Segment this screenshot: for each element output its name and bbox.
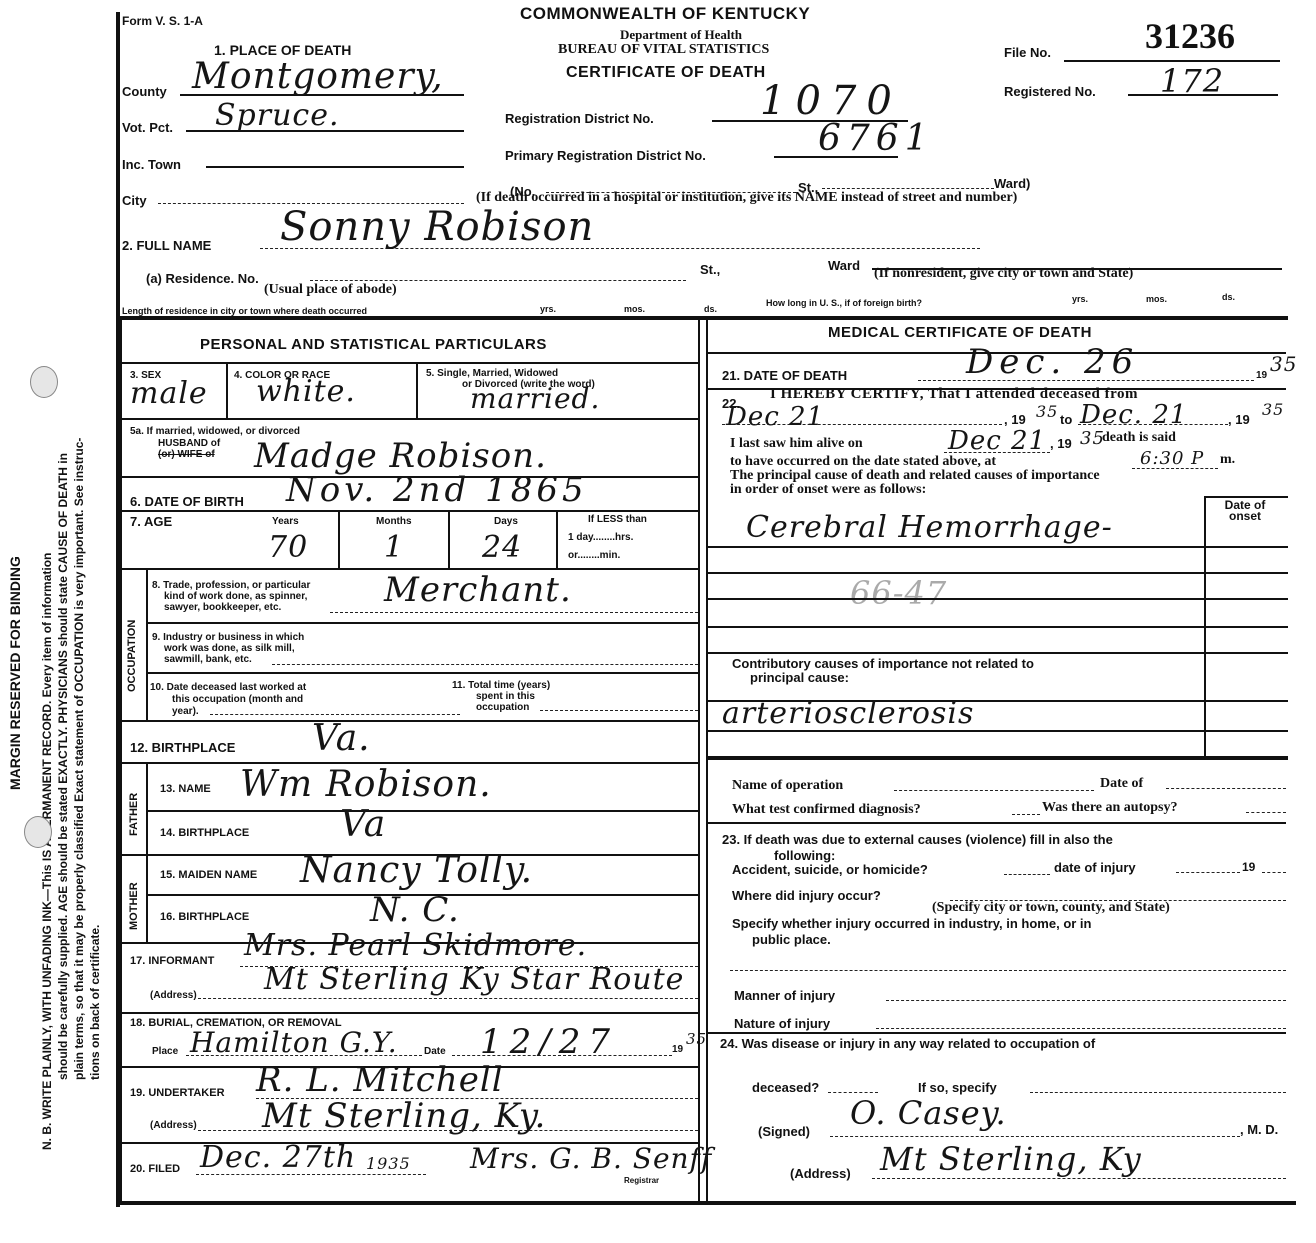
specify-whether-1: Specify whether injury occurred in indus…: [732, 916, 1092, 931]
margin-instructions-line3: plain terms, so that it may be properly …: [72, 438, 87, 1080]
undertaker-address-label: (Address): [150, 1120, 197, 1131]
bureau-label: BUREAU OF VITAL STATISTICS: [558, 42, 769, 58]
marital-label-1: 5. Single, Married, Widowed: [426, 368, 558, 379]
margin-instructions-line1: N. B. WRITE PLAINLY, WITH UNFADING INK—T…: [40, 553, 55, 1150]
binding-hole-bottom: [24, 816, 52, 848]
manner-line: [886, 1000, 1286, 1001]
mother-side-divider: [146, 856, 148, 942]
res-mos-label: mos.: [624, 304, 645, 314]
cause-code-value[interactable]: 66-47: [850, 574, 947, 612]
or-min-label: or........min.: [568, 550, 620, 561]
nature-line: [876, 1028, 1286, 1029]
department-label: Department of Health: [620, 27, 742, 43]
burial-date-value[interactable]: 12/27: [480, 1022, 618, 1062]
father-side-label: FATHER: [128, 793, 140, 836]
contrib-line-3: [706, 756, 1288, 760]
mother-birthplace-label: 16. BIRTHPLACE: [160, 912, 249, 923]
contrib-line-2: [706, 730, 1288, 732]
industry-label-3: sawmill, bank, etc.: [164, 654, 252, 665]
from-date-value[interactable]: Dec 21: [726, 402, 824, 432]
race-value[interactable]: white.: [256, 374, 356, 409]
dob-value[interactable]: Nov. 2nd 1865: [286, 470, 588, 510]
specify-city-note: (Specify city or town, county, and State…: [932, 900, 1170, 916]
us-mos-label: mos.: [1146, 294, 1167, 304]
state-title: COMMONWEALTH OF KENTUCKY: [520, 4, 810, 24]
full-name-value[interactable]: Sonny Robison: [280, 204, 594, 250]
informant-address-label: (Address): [150, 990, 197, 1001]
date-injury-label: date of injury: [1054, 860, 1136, 875]
accident-line: [1004, 874, 1050, 875]
undertaker-label: 19. UNDERTAKER: [130, 1088, 225, 1099]
mother-side-label: MOTHER: [128, 882, 140, 930]
last-worked-label-2: this occupation (month and: [172, 694, 303, 705]
deceased-label: deceased?: [752, 1080, 819, 1095]
burial-place-label: Place: [152, 1046, 178, 1057]
trade-value[interactable]: Merchant.: [384, 570, 572, 610]
col-divider: [698, 318, 700, 1202]
undertaker-value[interactable]: R. L. Mitchell: [256, 1060, 504, 1100]
cell-divider: [448, 510, 450, 568]
cell-divider: [226, 362, 228, 418]
primary-district-value: 6761: [818, 118, 934, 159]
physician-signature[interactable]: O. Casey.: [850, 1094, 1007, 1132]
date-of-label: Date of: [1100, 776, 1143, 792]
to-date-value[interactable]: Dec. 21: [1080, 400, 1187, 430]
row-line: [146, 810, 698, 812]
external-label-2: following:: [774, 848, 835, 863]
contrib-value[interactable]: arteriosclerosis: [722, 696, 974, 731]
marital-value[interactable]: married.: [470, 382, 600, 415]
date-injury-line: [1176, 872, 1240, 873]
res-ds-label: ds.: [704, 304, 717, 314]
spouse-label-2: HUSBAND of: [158, 438, 220, 449]
margin-reserved-label: MARGIN RESERVED FOR BINDING: [8, 556, 23, 790]
trade-label-1: 8. Trade, profession, or particular: [152, 580, 310, 591]
occupation-related-label: 24. Was disease or injury in any way rel…: [720, 1036, 1095, 1051]
if-so-line: [1030, 1092, 1286, 1093]
cell-divider: [556, 510, 558, 568]
informant-address-line: [198, 998, 698, 999]
burial-year-prefix: 19: [672, 1044, 683, 1055]
undertaker-address-value[interactable]: Mt Sterling, Ky.: [262, 1096, 546, 1136]
row-line: [146, 672, 698, 674]
md-label: , M. D.: [1240, 1122, 1278, 1137]
registrar-label: Registrar: [624, 1176, 659, 1185]
residence-label: (a) Residence. No.: [146, 271, 259, 286]
left-col-border: [120, 318, 122, 1202]
cell-divider: [338, 510, 340, 568]
vot-pct-value[interactable]: Spruce.: [215, 98, 340, 133]
total-time-label-2: spent in this: [476, 691, 535, 702]
father-birthplace-label: 14. BIRTHPLACE: [160, 828, 249, 839]
mother-birthplace-value[interactable]: N. C.: [370, 890, 460, 930]
operation-line: [894, 790, 1094, 791]
full-name-label: 2. FULL NAME: [122, 238, 211, 253]
col-divider-2: [706, 318, 708, 1202]
industry-line: [272, 664, 698, 665]
external-label-1: 23. If death was due to external causes …: [722, 832, 1113, 847]
last-saw-label: I last saw him alive on: [730, 436, 863, 452]
st-line: [822, 188, 994, 189]
registrar-signature[interactable]: Mrs. G. B. Senff: [470, 1142, 712, 1175]
registered-no-label: Registered No.: [1004, 84, 1096, 99]
row-line: [120, 510, 698, 512]
specify-line: [730, 970, 1286, 971]
deceased-line: [828, 1092, 878, 1093]
days-value[interactable]: 24: [482, 530, 522, 565]
autopsy-line: [1246, 812, 1286, 813]
to-year-value[interactable]: 35: [1262, 400, 1284, 419]
autopsy-label: Was there an autopsy?: [1042, 800, 1177, 816]
row-line: [120, 1012, 698, 1014]
burial-date-label: Date: [424, 1046, 446, 1057]
specify-whether-2: public place.: [752, 932, 831, 947]
last-worked-label-1: 10. Date deceased last worked at: [150, 682, 306, 693]
certificate-title: CERTIFICATE OF DEATH: [566, 64, 766, 82]
mother-maiden-value[interactable]: Nancy Tolly.: [300, 850, 533, 891]
county-label: County: [122, 84, 167, 99]
physician-address-label: (Address): [790, 1166, 851, 1181]
father-side-divider: [146, 764, 148, 854]
occupation-side-divider: [146, 570, 148, 720]
date-of-death-label: 21. DATE OF DEATH: [722, 368, 847, 383]
birthplace-label: 12. BIRTHPLACE: [130, 740, 235, 755]
filed-date-value[interactable]: Dec. 27th: [200, 1140, 356, 1175]
inc-town-line: [206, 166, 464, 168]
trade-line: [330, 612, 698, 613]
industry-label-2: work was done, as silk mill,: [164, 643, 295, 654]
informant-address-value[interactable]: Mt Sterling Ky Star Route: [264, 962, 684, 997]
usual-place-note: (Usual place of abode): [264, 282, 397, 298]
dob-label: 6. DATE OF BIRTH: [130, 494, 244, 509]
row-line: [146, 622, 698, 624]
spouse-label-3: (or) WIFE of: [158, 449, 215, 460]
burial-year-value[interactable]: 35: [686, 1030, 707, 1048]
principal-label-2: in order of onset were as follows:: [730, 482, 926, 498]
day-hrs-label: 1 day........hrs.: [568, 532, 633, 543]
test-label: What test confirmed diagnosis?: [732, 802, 921, 818]
father-name-label: 13. NAME: [160, 784, 211, 795]
registered-no-value: 172: [1160, 62, 1224, 100]
informant-value[interactable]: Mrs. Pearl Skidmore.: [244, 928, 587, 963]
cause-line-2: [706, 572, 1288, 574]
months-value[interactable]: 1: [384, 530, 404, 565]
dod-year-prefix: 19: [1256, 370, 1267, 381]
nonresident-note: (If nonresident, give city or town and S…: [874, 266, 1133, 282]
mother-maiden-label: 15. MAIDEN NAME: [160, 870, 257, 881]
total-time-label-1: 11. Total time (years): [452, 680, 550, 691]
if-so-label: If so, specify: [918, 1080, 997, 1095]
from-year-value[interactable]: 35: [1036, 402, 1058, 421]
birthplace-value[interactable]: Va.: [312, 718, 371, 759]
medical-heading: MEDICAL CERTIFICATE OF DEATH: [828, 324, 1092, 341]
operation-label: Name of operation: [732, 778, 843, 794]
occupation-side-label: OCCUPATION: [126, 620, 138, 692]
form-number: Form V. S. 1-A: [122, 14, 203, 28]
less-than-label: If LESS than: [588, 514, 647, 525]
residence-st-label: St.,: [700, 262, 720, 277]
filed-label: 20. FILED: [130, 1164, 180, 1175]
margin-instructions-line4: tions on back of certificate.: [88, 925, 103, 1080]
years-label: Years: [272, 516, 299, 527]
residence-ward-label: Ward: [828, 258, 860, 273]
last-worked-line: [210, 714, 460, 715]
ward-label: Ward): [994, 176, 1030, 191]
physician-address-line: [872, 1178, 1286, 1179]
manner-label: Manner of injury: [734, 988, 835, 1003]
total-time-line: [540, 710, 698, 711]
file-no-value: 31236: [1145, 15, 1235, 57]
days-label: Days: [494, 516, 518, 527]
cause-line-4: [706, 626, 1288, 628]
row-line: [120, 418, 698, 420]
burial-place-value[interactable]: Hamilton G.Y.: [190, 1026, 398, 1059]
contrib-label-1: Contributory causes of importance not re…: [732, 656, 1034, 671]
date-of-line: [1166, 788, 1286, 789]
residence-line: [310, 280, 686, 281]
dod-year-value[interactable]: 35: [1270, 352, 1297, 376]
trade-label-3: sawyer, bookkeeper, etc.: [164, 602, 281, 613]
reg-district-label: Registration District No.: [505, 111, 654, 126]
inc-town-label: Inc. Town: [122, 157, 181, 172]
time-suffix: m.: [1220, 452, 1235, 468]
personal-heading: PERSONAL AND STATISTICAL PARTICULARS: [200, 336, 547, 353]
section-divider-top: [118, 316, 1288, 320]
to-year-prefix: , 19: [1228, 412, 1250, 427]
margin-instructions-line2: should be carefully supplied. AGE should…: [56, 453, 71, 1080]
primary-district-label: Primary Registration District No.: [505, 148, 706, 163]
accident-label: Accident, suicide, or homicide?: [732, 862, 928, 877]
us-yrs-label: yrs.: [1072, 294, 1088, 304]
death-said-label: death is said: [1102, 430, 1176, 446]
physician-address-value[interactable]: Mt Sterling, Ky: [880, 1140, 1142, 1178]
where-injury-label: Where did injury occur?: [732, 888, 881, 903]
cause-1-value[interactable]: Cerebral Hemorrhage-: [746, 510, 1113, 545]
test-line: [1012, 814, 1040, 815]
signed-line: [830, 1136, 1240, 1137]
to-label: to: [1060, 412, 1072, 427]
how-long-us-label: How long in U. S., if of foreign birth?: [766, 298, 922, 308]
industry-label-1: 9. Industry or business in which: [152, 632, 304, 643]
cause-line-3: [706, 598, 1288, 600]
county-value[interactable]: Montgomery,: [192, 56, 444, 97]
last-saw-year-prefix: , 19: [1050, 436, 1072, 451]
binding-hole-top: [30, 366, 58, 398]
total-time-label-3: occupation: [476, 702, 529, 713]
row-line: [120, 720, 698, 722]
vot-pct-label: Vot. Pct.: [122, 120, 173, 135]
last-saw-value[interactable]: Dec 21: [948, 426, 1046, 456]
row-line: [120, 362, 698, 364]
cause-line-5: [706, 652, 1288, 654]
injury-year-line: [1262, 872, 1286, 873]
contrib-label-2: principal cause:: [750, 670, 849, 685]
years-value[interactable]: 70: [268, 530, 308, 565]
date-onset-label: Date of onset: [1212, 500, 1278, 522]
city-label: City: [122, 193, 147, 208]
date-of-death-value[interactable]: Dec. 26: [966, 342, 1139, 382]
row-line: [706, 1032, 1286, 1034]
last-worked-label-3: year).: [172, 706, 199, 717]
length-residence-label: Length of residence in city or town wher…: [122, 306, 367, 316]
file-no-label: File No.: [1004, 45, 1051, 60]
from-year-prefix: , 19: [1004, 412, 1026, 427]
injury-year-prefix: 19: [1242, 860, 1255, 874]
cell-divider: [416, 362, 418, 418]
trade-label-2: kind of work done, as spinner,: [164, 591, 307, 602]
father-birthplace-value[interactable]: Va: [340, 804, 386, 845]
informant-label: 17. INFORMANT: [130, 956, 214, 967]
res-yrs-label: yrs.: [540, 304, 556, 314]
cause-line-1: [706, 546, 1288, 548]
sex-value[interactable]: male: [130, 376, 208, 411]
nature-label: Nature of injury: [734, 1016, 830, 1031]
months-label: Months: [376, 516, 412, 527]
age-label: 7. AGE: [130, 514, 172, 529]
signed-label: (Signed): [758, 1124, 810, 1139]
filed-year-value[interactable]: 1935: [366, 1154, 411, 1173]
time-value[interactable]: 6:30 P: [1140, 448, 1204, 469]
father-name-value[interactable]: Wm Robison.: [240, 764, 492, 805]
us-ds-label: ds.: [1222, 292, 1235, 302]
row-line: [706, 822, 1286, 824]
